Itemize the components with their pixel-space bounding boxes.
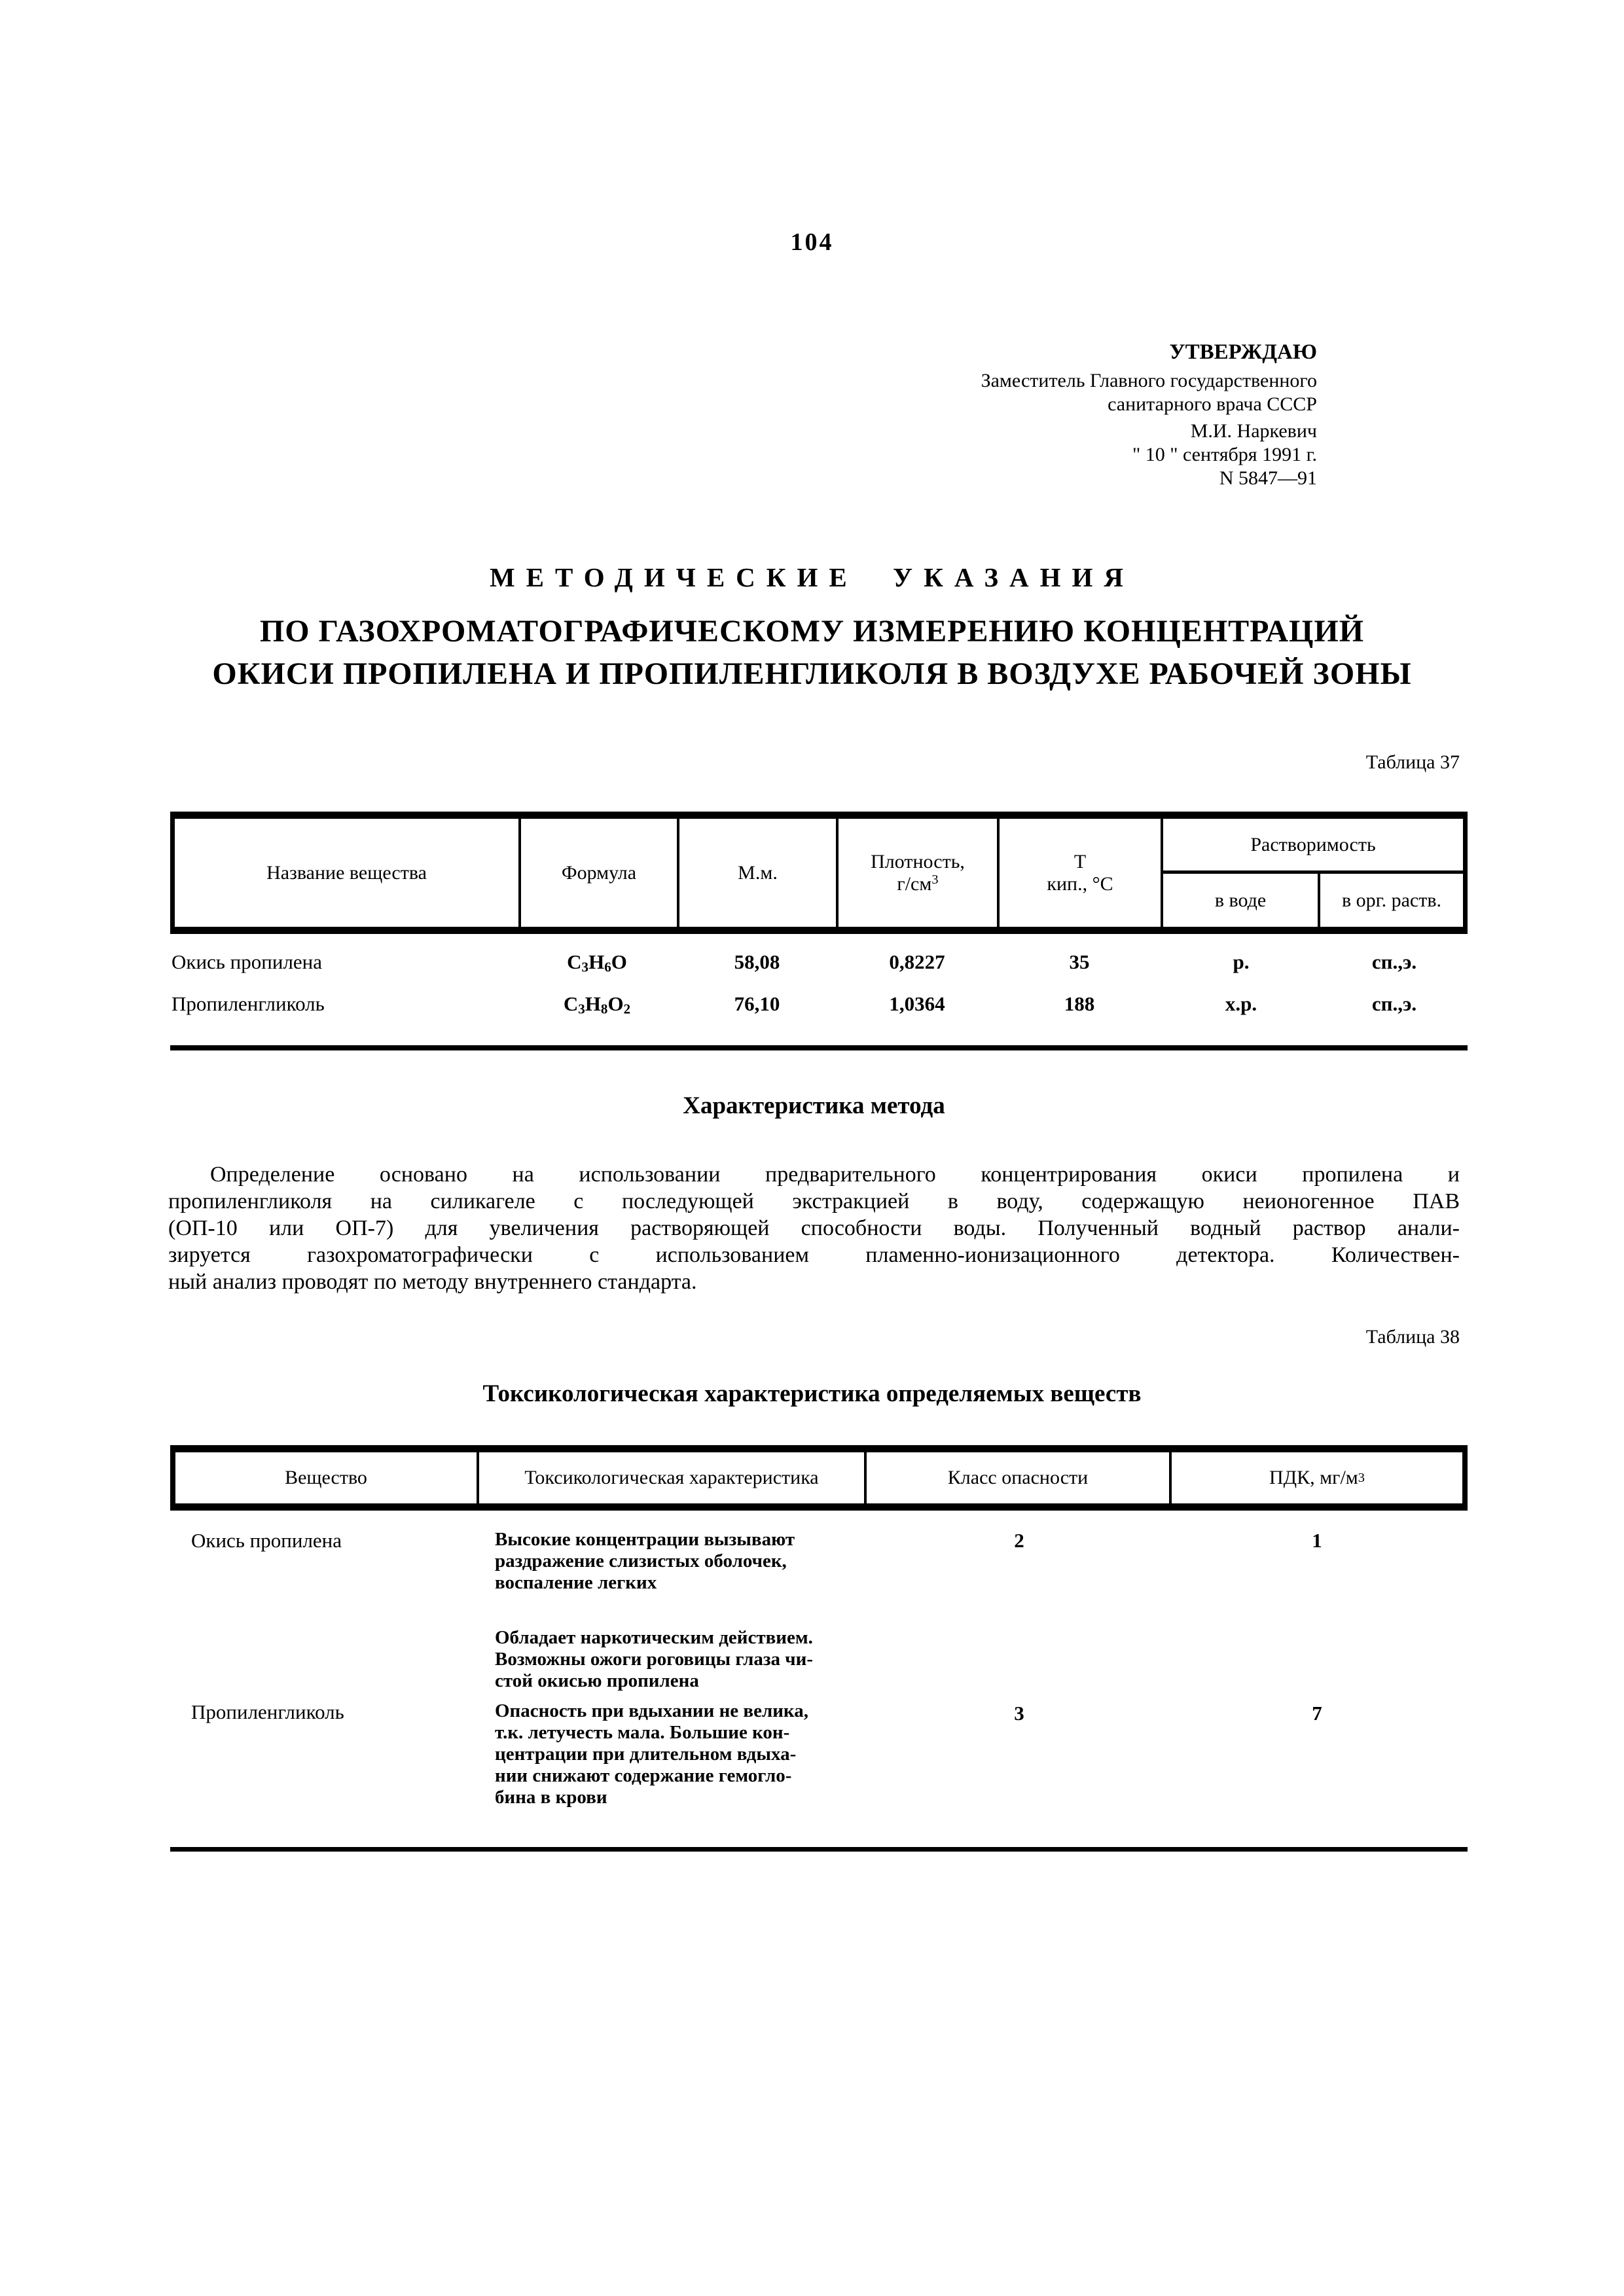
substance-formula: С3Н8О2 (516, 992, 677, 1016)
density-value: 0,8227 (837, 950, 998, 974)
table37-bottom-rule (170, 1045, 1468, 1050)
solubility-org: сп.,э. (1321, 950, 1468, 974)
tox-line: раздражение слизистых оболочек, (495, 1551, 877, 1572)
substance-name: Окись пропилена (170, 950, 516, 974)
title-line: МЕТОДИЧЕСКИЕ УКАЗАНИЯ (0, 562, 1624, 593)
approval-stamp: УТВЕРЖДАЮ (981, 340, 1317, 364)
approval-date: " 10 " сентября 1991 г. (981, 443, 1317, 467)
density-label-line2: г/см3 (897, 873, 938, 895)
table38-header-hazard: Класс опасности (867, 1452, 1172, 1503)
tox-line: Опасность при вдыхании не велика, (495, 1700, 877, 1722)
solubility-in-org-label: в орг. раств. (1320, 874, 1463, 927)
title-line: ПО ГАЗОХРОМАТОГРАФИЧЕСКОМУ ИЗМЕРЕНИЮ КОН… (0, 610, 1624, 653)
molecular-mass: 58,08 (677, 950, 837, 974)
solubility-label: Растворимость (1163, 819, 1463, 874)
table37-header-mm: М.м. (679, 819, 839, 927)
substance-name: Пропиленгликоль (170, 992, 516, 1016)
section-heading: Характеристика метода (168, 1092, 1460, 1120)
tox-line: центрации при длительном вдыха- (495, 1744, 877, 1765)
tboil-label-line2: кип., °С (1047, 873, 1113, 895)
document-page: 104 УТВЕРЖДАЮ Заместитель Главного госуд… (0, 0, 1624, 2296)
hazard-class: 2 (867, 1529, 1172, 1552)
substance-name: Окись пропилена (191, 1529, 342, 1552)
table37-header-density: Плотность, г/см3 (839, 819, 1000, 927)
approver-name: М.И. Наркевич (981, 420, 1317, 443)
boiling-temp: 35 (998, 950, 1161, 974)
table38-header: Вещество Токсикологическая характеристик… (170, 1445, 1468, 1511)
table38-header-pdk: ПДК, мг/м3 (1172, 1452, 1462, 1503)
table37-row: Пропиленгликоль С3Н8О2 76,10 1,0364 188 … (170, 992, 1468, 1016)
density-value: 1,0364 (837, 992, 998, 1016)
paragraph-line: (ОП-10 или ОП-7) для увеличения растворя… (168, 1215, 1460, 1242)
table38-label: Таблица 38 (168, 1326, 1460, 1348)
paragraph-line: Определение основано на использовании пр… (168, 1161, 1460, 1188)
title-line: ОКИСИ ПРОПИЛЕНА И ПРОПИЛЕНГЛИКОЛЯ В ВОЗД… (0, 653, 1624, 695)
document-title: МЕТОДИЧЕСКИЕ УКАЗАНИЯ ПО ГАЗОХРОМАТОГРАФ… (0, 562, 1624, 695)
table37-header: Название вещества Формула М.м. Плотность… (170, 812, 1468, 934)
paragraph-line: пропиленгликоля на силикагеле с последую… (168, 1188, 1460, 1215)
table37-label: Таблица 37 (168, 751, 1460, 774)
tboil-label-line1: Т (1074, 851, 1086, 873)
tox-line: Возможны ожоги роговицы глаза чи- (495, 1649, 877, 1670)
table37-header-solubility: Растворимость в воде в орг. раств. (1163, 819, 1463, 927)
tox-characteristic: Обладает наркотическим действием. Возмож… (495, 1627, 877, 1692)
molecular-mass: 76,10 (677, 992, 837, 1016)
pdk-value: 1 (1172, 1529, 1462, 1552)
paragraph-line: ный анализ проводят по методу внутреннег… (168, 1268, 1460, 1295)
tox-line: стой окисью пропилена (495, 1670, 877, 1692)
tox-line: нии снижают содержание гемогло- (495, 1765, 877, 1787)
solubility-org: сп.,э. (1321, 992, 1468, 1016)
page-number: 104 (0, 228, 1624, 257)
tox-line: т.к. летучесть мала. Большие кон- (495, 1722, 877, 1744)
table38-bottom-rule (170, 1847, 1468, 1852)
table37-row: Окись пропилена С3Н6О 58,08 0,8227 35 р.… (170, 950, 1468, 974)
solubility-subheaders: в воде в орг. раств. (1163, 874, 1463, 927)
solubility-in-water-label: в воде (1163, 874, 1320, 927)
approval-line: Заместитель Главного государственного (981, 369, 1317, 393)
table38-header-tox: Токсикологическая характеристика (479, 1452, 867, 1503)
approval-line: санитарного врача СССР (981, 393, 1317, 416)
table37-header-tboil: Т кип., °С (1000, 819, 1163, 927)
paragraph-line: зируется газохроматографически с использ… (168, 1242, 1460, 1268)
density-label-line1: Плотность, (871, 851, 965, 873)
table37-header-name: Название вещества (175, 819, 521, 927)
approval-block: УТВЕРЖДАЮ Заместитель Главного государст… (981, 340, 1317, 490)
tox-line: Обладает наркотическим действием. (495, 1627, 877, 1649)
substance-formula: С3Н6О (516, 950, 677, 974)
pdk-value: 7 (1172, 1702, 1462, 1725)
table37-header-formula: Формула (521, 819, 679, 927)
solubility-water: х.р. (1161, 992, 1321, 1016)
approval-doc-number: N 5847—91 (981, 467, 1317, 490)
boiling-temp: 188 (998, 992, 1161, 1016)
table38-header-substance: Вещество (175, 1452, 479, 1503)
hazard-class: 3 (867, 1702, 1172, 1725)
solubility-water: р. (1161, 950, 1321, 974)
tox-line: воспаление легких (495, 1572, 877, 1594)
tox-line: бина в крови (495, 1787, 877, 1808)
method-paragraph: Определение основано на использовании пр… (168, 1161, 1460, 1295)
tox-line: Высокие концентрации вызывают (495, 1529, 877, 1551)
substance-name: Пропиленгликоль (191, 1700, 344, 1724)
table38-title: Токсикологическая характеристика определ… (0, 1380, 1624, 1408)
tox-characteristic: Высокие концентрации вызывают раздражени… (495, 1529, 877, 1594)
tox-characteristic: Опасность при вдыхании не велика, т.к. л… (495, 1700, 877, 1808)
